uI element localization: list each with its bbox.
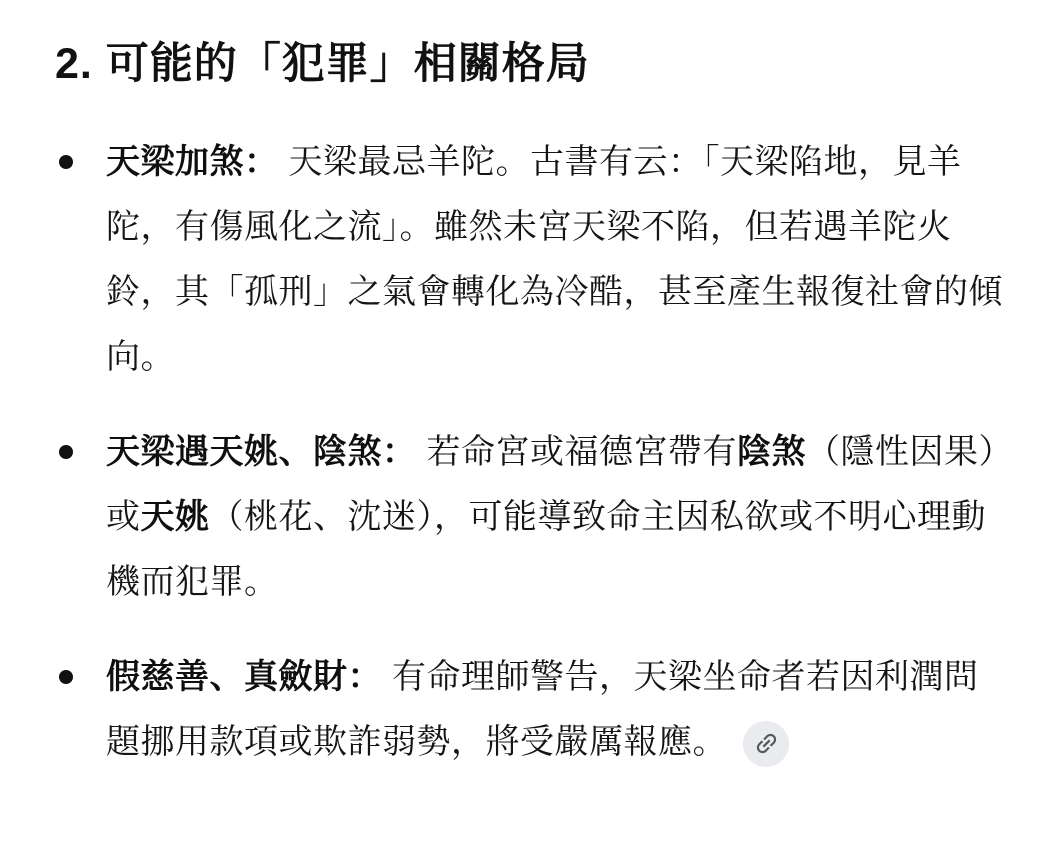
bullet-marker — [59, 155, 73, 169]
list-item-tianliang-jiasha: 天梁加煞： 天梁最忌羊陀。古書有云：「天梁陷地，見羊陀，有傷風化之流」。雖然未宮… — [55, 130, 1005, 390]
emphasized-term: 陰煞 — [737, 433, 806, 471]
bullet-list: 天梁加煞： 天梁最忌羊陀。古書有云：「天梁陷地，見羊陀，有傷風化之流」。雖然未宮… — [55, 130, 1005, 775]
list-item-text: 天梁遇天姚、陰煞： 若命宮或福德宮帶有陰煞（隱性因果）或天姚（桃花、沈迷），可能… — [106, 420, 1005, 615]
body-text: 若命宮或福德宮帶有 — [417, 433, 737, 471]
body-text: （桃花、沈迷），可能導致命主因私欲或不明心理動機而犯罪。 — [106, 498, 986, 601]
term-label: 假慈善、真斂財： — [106, 658, 382, 696]
citation-link-button[interactable] — [743, 721, 789, 767]
term-label: 天梁加煞： — [106, 143, 279, 181]
bullet-marker — [59, 445, 73, 459]
section-heading: 2. 可能的「犯罪」相關格局 — [55, 38, 1005, 92]
list-item-text: 天梁加煞： 天梁最忌羊陀。古書有云：「天梁陷地，見羊陀，有傷風化之流」。雖然未宮… — [106, 130, 1005, 390]
bullet-marker — [59, 670, 73, 684]
list-item-text: 假慈善、真斂財： 有命理師警告，天梁坐命者若因利潤問題挪用款項或欺詐弱勢，將受嚴… — [106, 645, 1005, 775]
list-item-fake-charity: 假慈善、真斂財： 有命理師警告，天梁坐命者若因利潤問題挪用款項或欺詐弱勢，將受嚴… — [55, 645, 1005, 775]
list-item-tianliang-tianyao-yinsha: 天梁遇天姚、陰煞： 若命宮或福德宮帶有陰煞（隱性因果）或天姚（桃花、沈迷），可能… — [55, 420, 1005, 615]
term-label: 天梁遇天姚、陰煞： — [106, 433, 417, 471]
emphasized-term: 天姚 — [141, 498, 210, 536]
link-icon — [753, 730, 780, 757]
document: 2. 可能的「犯罪」相關格局 天梁加煞： 天梁最忌羊陀。古書有云：「天梁陷地，見… — [0, 0, 1049, 775]
